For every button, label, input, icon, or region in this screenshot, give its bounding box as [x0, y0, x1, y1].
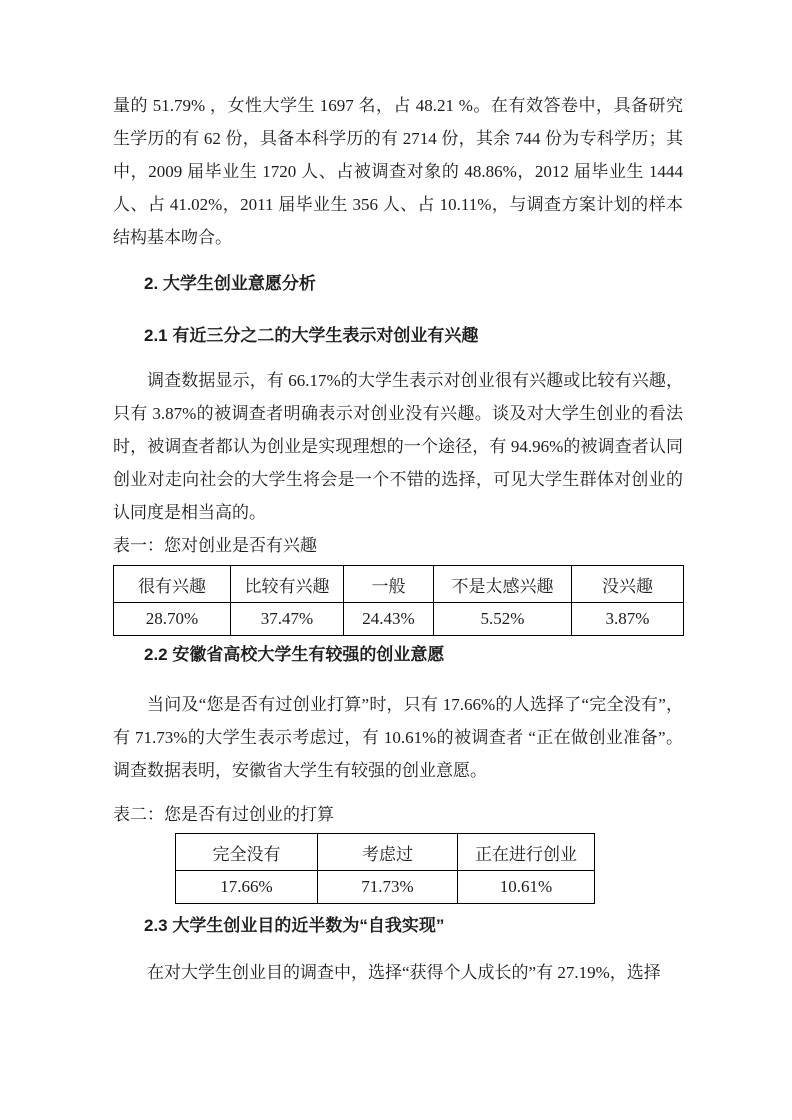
table1-value-cell: 5.52%: [434, 603, 572, 636]
table1-value-row: 28.70% 37.47% 24.43% 5.52% 3.87%: [114, 603, 684, 636]
section-heading-2-1: 2.1 有近三分之二的大学生表示对创业有兴趣: [113, 319, 683, 352]
table2-header-cell: 考虑过: [318, 834, 458, 871]
paragraph-interest-analysis: 调查数据显示，有 66.17%的大学生表示对创业很有兴趣或比较有兴趣，只有 3.…: [113, 364, 683, 529]
table1-header-cell: 很有兴趣: [114, 566, 231, 603]
table2-value-cell: 71.73%: [318, 871, 458, 904]
table1-value-cell: 3.87%: [572, 603, 684, 636]
paragraph-purpose-analysis: 在对大学生创业目的调查中，选择“获得个人成长的”有 27.19%，选择: [113, 956, 683, 989]
table2-header-row: 完全没有 考虑过 正在进行创业: [176, 834, 595, 871]
table1-header-cell: 一般: [344, 566, 434, 603]
table1-header-cell: 没兴趣: [572, 566, 684, 603]
section-heading-2-3: 2.3 大学生创业目的近半数为“自我实现”: [113, 909, 683, 942]
paragraph-opening: 量的 51.79% ，女性大学生 1697 名，占 48.21 %。在有效答卷中…: [113, 89, 683, 254]
table1-value-cell: 37.47%: [231, 603, 344, 636]
table2-value-row: 17.66% 71.73% 10.61%: [176, 871, 595, 904]
paragraph-intention-analysis: 当问及“您是否有过创业打算”时，只有 17.66%的人选择了“完全没有”，有 7…: [113, 688, 683, 787]
section-heading-2: 2. 大学生创业意愿分析: [113, 267, 683, 300]
table2-caption: 表二：您是否有过创业的打算: [113, 798, 683, 831]
table1-value-cell: 24.43%: [344, 603, 434, 636]
section-heading-2-2: 2.2 安徽省高校大学生有较强的创业意愿: [113, 638, 683, 671]
document-content: 量的 51.79% ，女性大学生 1697 名，占 48.21 %。在有效答卷中…: [113, 89, 683, 989]
table2-entrepreneurship-plan: 完全没有 考虑过 正在进行创业 17.66% 71.73% 10.61%: [175, 833, 595, 904]
table1-header-cell: 比较有兴趣: [231, 566, 344, 603]
table2-value-cell: 10.61%: [458, 871, 595, 904]
table1-header-row: 很有兴趣 比较有兴趣 一般 不是太感兴趣 没兴趣: [114, 566, 684, 603]
table1-caption: 表一：您对创业是否有兴趣: [113, 529, 683, 562]
table1-header-cell: 不是太感兴趣: [434, 566, 572, 603]
table2-value-cell: 17.66%: [176, 871, 318, 904]
table2-header-cell: 完全没有: [176, 834, 318, 871]
table1-value-cell: 28.70%: [114, 603, 231, 636]
table2-header-cell: 正在进行创业: [458, 834, 595, 871]
table1-interest-in-entrepreneurship: 很有兴趣 比较有兴趣 一般 不是太感兴趣 没兴趣 28.70% 37.47% 2…: [113, 565, 684, 636]
document-page: 量的 51.79% ，女性大学生 1697 名，占 48.21 %。在有效答卷中…: [0, 0, 792, 1120]
